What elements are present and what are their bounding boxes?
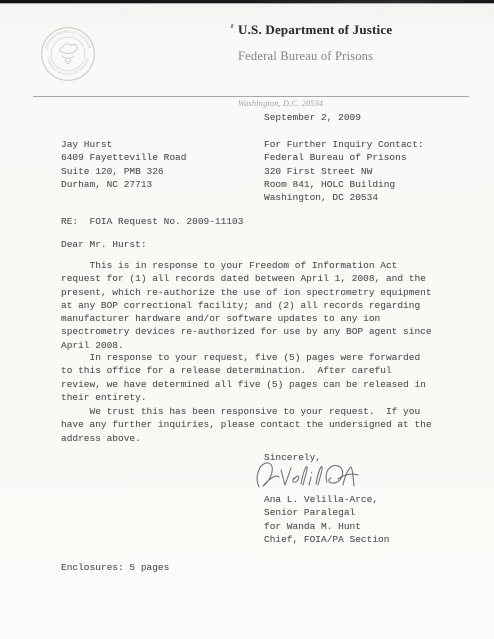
header-divider bbox=[33, 96, 469, 97]
inquiry-contact-block: For Further Inquiry Contact: Federal Bur… bbox=[264, 138, 424, 204]
svg-text:DEPARTMENT OF JUSTICE: DEPARTMENT OF JUSTICE bbox=[44, 30, 91, 50]
svg-text:FEDERAL BUREAU OF PRISONS: FEDERAL BUREAU OF PRISONS bbox=[46, 57, 90, 76]
department-title: U.S. Department of Justice bbox=[238, 22, 392, 38]
reference-line: RE: FOIA Request No. 2009-11103 bbox=[61, 215, 243, 228]
enclosures-line: Enclosures: 5 pages bbox=[61, 561, 169, 574]
body-paragraph-1: This is in response to your Freedom of I… bbox=[61, 259, 432, 352]
signer-block: Ana L. Velilla-Arce, Senior Paralegal fo… bbox=[264, 493, 389, 546]
letter-page: DEPARTMENT OF JUSTICE FEDERAL BUREAU OF … bbox=[0, 0, 494, 639]
seal-text-top: DEPARTMENT OF JUSTICE bbox=[44, 30, 91, 50]
salutation: Dear Mr. Hurst: bbox=[61, 238, 147, 251]
signature-ana-velilla-arce bbox=[253, 458, 359, 498]
seal-text-bottom: FEDERAL BUREAU OF PRISONS bbox=[46, 57, 90, 76]
scan-speck-artifact bbox=[231, 24, 233, 28]
body-paragraph-2: In response to your request, five (5) pa… bbox=[61, 351, 426, 404]
scan-edge-artifact-shadow bbox=[0, 3, 494, 4]
bureau-title: Federal Bureau of Prisons bbox=[238, 49, 373, 64]
body-paragraph-3: We trust this has been responsive to you… bbox=[61, 405, 432, 445]
letter-date: September 2, 2009 bbox=[264, 111, 361, 124]
recipient-address-block: Jay Hurst 6409 Fayetteville Road Suite 1… bbox=[61, 138, 186, 191]
letterhead-location: Washington, D.C. 20534 bbox=[238, 99, 323, 108]
doj-seal-icon: DEPARTMENT OF JUSTICE FEDERAL BUREAU OF … bbox=[34, 20, 102, 88]
seal-eagle-glyph bbox=[60, 44, 77, 64]
